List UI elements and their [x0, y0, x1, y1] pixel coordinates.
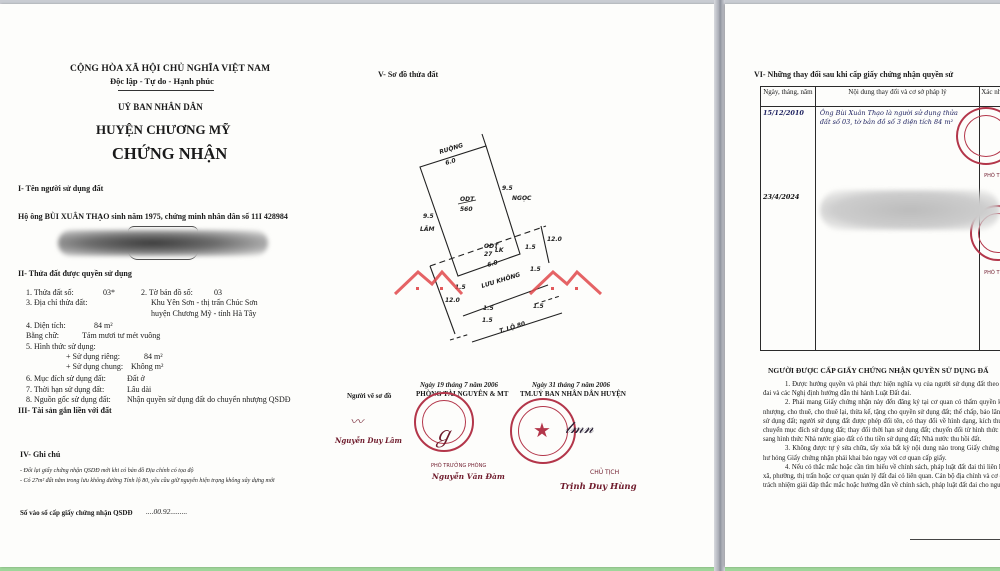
committee-role: CHỦ TỊCH [590, 469, 619, 476]
dept-signature: ℊ [432, 418, 454, 449]
page-gutter [714, 0, 725, 571]
svg-text:12.0: 12.0 [445, 297, 460, 304]
rules-heading: NGƯỜI ĐƯỢC CẤP GIẤY CHỨNG NHẬN QUYỀN SỬ … [768, 366, 988, 375]
svg-text:1.5: 1.5 [530, 266, 541, 273]
rule-3: 3. Không được tự ý sửa chữa, tẩy xóa bất… [763, 444, 1000, 462]
redacted-change-content [820, 190, 1000, 230]
surveyor-signature: 〰 [350, 411, 363, 430]
dept-date: Ngày 19 tháng 7 năm 2006 [420, 381, 498, 389]
svg-text:LÂM: LÂM [420, 226, 434, 233]
section-6-heading: VI- Những thay đổi sau khi cấp giấy chứn… [754, 70, 953, 79]
row-1-stamp-role: PHÓ TRƯỞNG PHÒNG [984, 173, 1000, 179]
national-emblem-icon: ★ [533, 418, 551, 443]
dept-signer-name: Nguyễn Văn Đàm [432, 472, 505, 481]
col-date-header: Ngày, tháng, năm [761, 87, 816, 107]
col-content-header: Nội dung thay đổi và cơ sở pháp lý [815, 87, 979, 107]
svg-text:27: 27 [484, 251, 493, 258]
col-confirm-header: Xác nhận của cơ [980, 87, 1000, 107]
rules-text: 1. Được hưởng quyền và phải thực hiện ng… [763, 380, 1000, 490]
svg-text:1.5: 1.5 [483, 305, 494, 312]
svg-text:9.5: 9.5 [423, 213, 434, 220]
svg-text:1.5: 1.5 [533, 303, 544, 310]
row-1-content: Ông Bùi Xuân Thạo là người sử dụng thửa … [820, 109, 970, 127]
svg-text:T. LỘ 80: T. LỘ 80 [499, 320, 527, 335]
committee-signature: 𝓁𝓂𝓃 [565, 418, 594, 438]
rule-2: 2. Phải mang Giấy chứng nhận này đến đăn… [763, 398, 1000, 444]
signature-line [910, 539, 1000, 540]
viewer-bottom-edge [0, 567, 1000, 571]
svg-text:LƯU KHÔNG: LƯU KHÔNG [481, 271, 522, 290]
svg-text:1.5: 1.5 [525, 244, 536, 251]
svg-text:9.5: 9.5 [502, 185, 513, 192]
certificate-right-page: VI- Những thay đổi sau khi cấp giấy chứn… [725, 4, 1000, 567]
svg-text:6.0: 6.0 [487, 259, 499, 269]
row-2-stamp-role: PHÓ TRƯỞNG PHÒNG [984, 270, 1000, 276]
committee-date: Ngày 31 tháng 7 năm 2006 [532, 381, 610, 389]
rule-1: 1. Được hưởng quyền và phải thực hiện ng… [763, 380, 1000, 398]
svg-text:LK: LK [495, 247, 505, 254]
dept-role: PHÓ TRƯỞNG PHÒNG [431, 463, 486, 469]
surveyor-role: Người vẽ sơ đồ [347, 392, 391, 400]
table-header-row: Ngày, tháng, năm Nội dung thay đổi và cơ… [761, 87, 1000, 107]
surveyor-name: Nguyễn Duy Lâm [335, 436, 402, 445]
committee-signer-name: Trịnh Duy Hùng [560, 482, 637, 492]
svg-text:560: 560 [460, 206, 473, 213]
svg-text:1.5: 1.5 [482, 317, 493, 324]
rule-4: 4. Nếu có thắc mắc hoặc cần tìm hiểu về … [763, 463, 1000, 491]
committee-org: TM.UỶ BAN NHÂN DÂN HUYỆN [520, 390, 626, 398]
row-2-date: 23/4/2024 [763, 193, 799, 201]
certificate-left-page: CỘNG HÒA XÃ HỘI CHỦ NGHĨA VIỆT NAM Độc l… [0, 4, 714, 567]
row-1-date: 15/12/2010 [763, 109, 804, 117]
svg-text:12.0: 12.0 [547, 236, 562, 243]
svg-text:NGỌC: NGỌC [512, 195, 532, 202]
